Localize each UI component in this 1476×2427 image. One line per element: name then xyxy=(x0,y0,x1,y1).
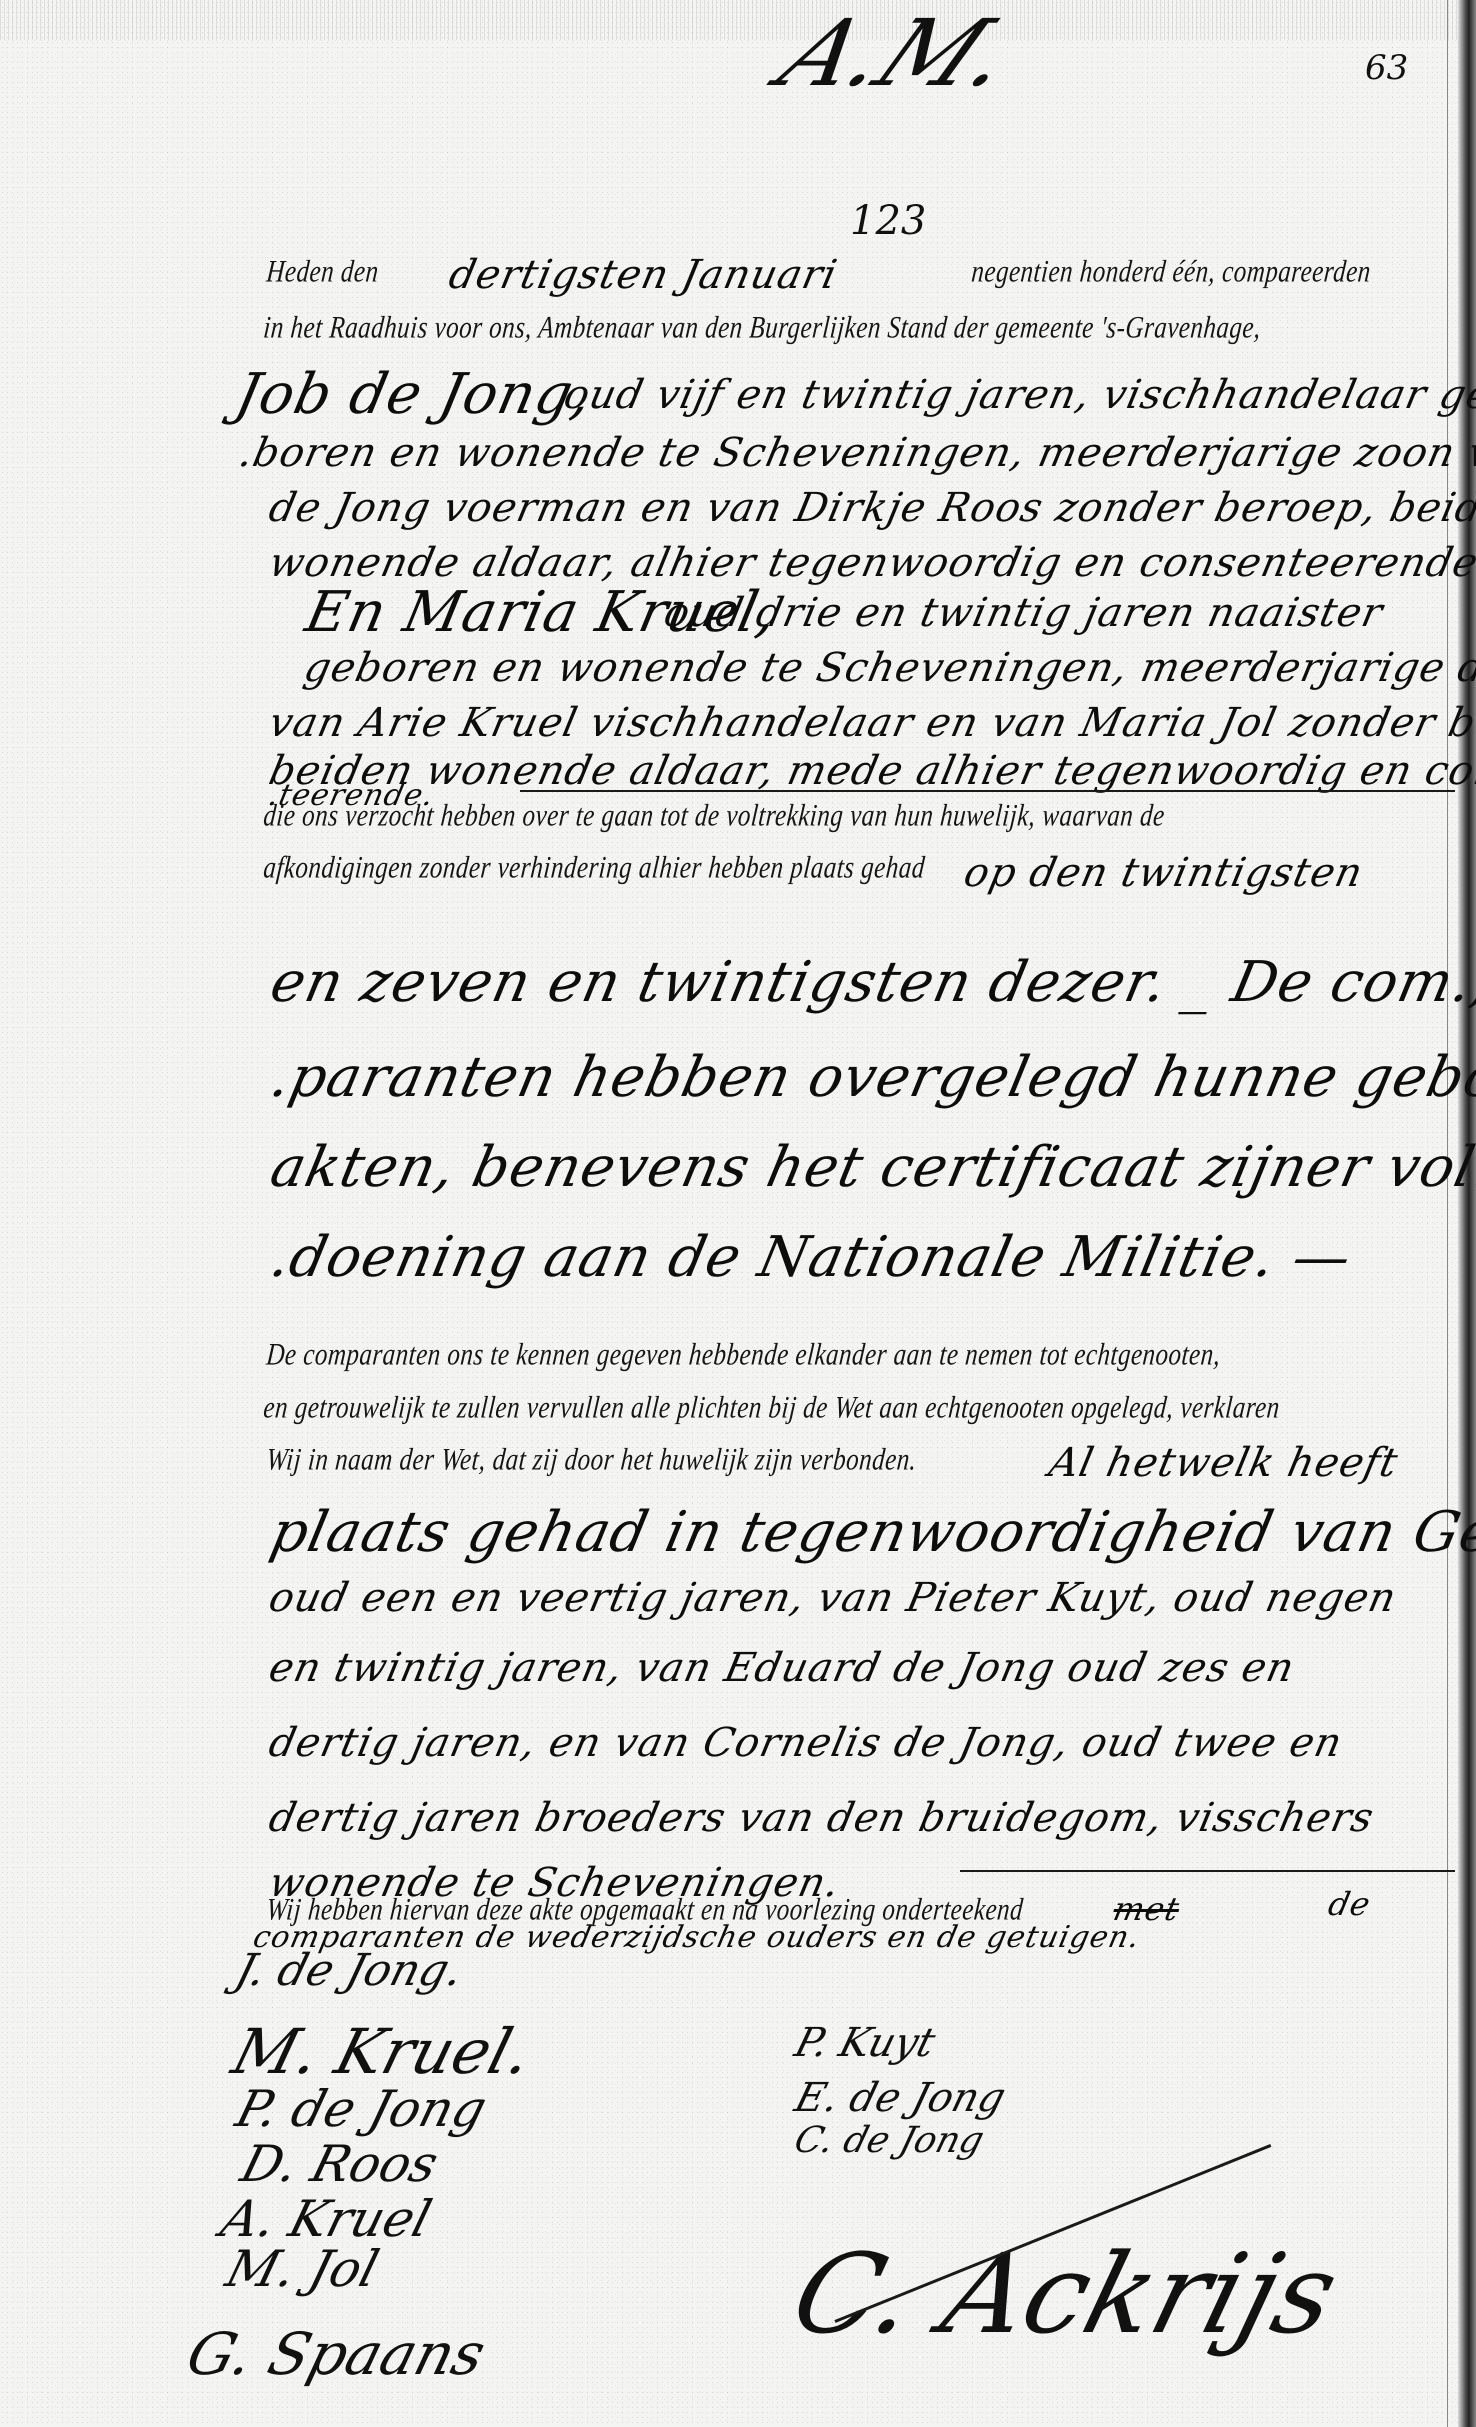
printed-request-line-2: afkondigingen zonder verhindering alhier… xyxy=(262,851,926,886)
signature-groom-father: P. de Jong xyxy=(230,2080,493,2138)
hand-date: dertigsten Januari xyxy=(445,252,842,298)
signature-witness-cornelis: C. de Jong xyxy=(790,2120,988,2161)
printed-year-line: negentien honderd één, compareerden xyxy=(970,255,1372,290)
hand-closing-a: de xyxy=(1325,1885,1374,1923)
witness-line-4: dertig jaren, en van Cornelis de Jong, o… xyxy=(265,1720,1347,1766)
fill-line xyxy=(960,1870,1455,1872)
witness-line-2: oud een en veertig jaren, van Pieter Kuy… xyxy=(265,1575,1401,1621)
page-edge-line xyxy=(1447,0,1448,2427)
groom-line-3: de Jong voerman en van Dirkje Roos zonde… xyxy=(265,485,1476,531)
book-binding-edge xyxy=(1458,0,1476,2427)
signature-witness-eduard: E. de Jong xyxy=(790,2075,1010,2121)
signature-witness-spaans: G. Spaans xyxy=(180,2320,493,2388)
groom-line-2: .boren en wonende te Scheveningen, meerd… xyxy=(235,430,1476,476)
printed-declaration-line-2: en getrouwelijk te zullen vervullen alle… xyxy=(262,1391,1281,1426)
witness-line-3: en twintig jaren, van Eduard de Jong oud… xyxy=(265,1645,1299,1691)
bride-line-3: van Arie Kruel vischhandelaar en van Mar… xyxy=(265,700,1476,746)
hand-request-line-3: akten, benevens het certificaat zijner v… xyxy=(265,1135,1476,1200)
hand-declaration-start: Al hetwelk heeft xyxy=(1045,1440,1402,1486)
signature-groom-mother: D. Roos xyxy=(235,2135,444,2193)
signature-bride-mother: M. Jol xyxy=(220,2240,385,2298)
bride-line-4: beiden wonende aldaar, mede alhier tegen… xyxy=(265,748,1476,794)
witness-line-1: plaats gehad in tegenwoordigheid van Ger… xyxy=(265,1500,1476,1565)
hand-request-line-2: .paranten hebben overgelegd hunne geboor… xyxy=(265,1045,1476,1110)
printed-declaration-line-1: De comparanten ons te kennen gegeven heb… xyxy=(265,1338,1222,1373)
printed-declaration-line-3: Wij in naam der Wet, dat zij door het hu… xyxy=(265,1443,918,1478)
groom-name: Job de Jong, xyxy=(230,362,598,427)
printed-request-line-1: die ons verzocht hebben over te gaan tot… xyxy=(262,799,1166,834)
scan-noise xyxy=(0,0,1476,40)
signature-witness-kuyt: P. Kuyt xyxy=(790,2020,940,2066)
signature-official: C. Ackrijs xyxy=(780,2230,1351,2358)
bride-line-2: geboren en wonende te Scheveningen, meer… xyxy=(300,645,1476,691)
signature-bride: M. Kruel. xyxy=(225,2015,540,2088)
printed-raadhuis-line: in het Raadhuis voor ons, Ambtenaar van … xyxy=(262,311,1262,346)
page-number: 63 xyxy=(1365,48,1408,88)
signature-groom: J. de Jong. xyxy=(230,1945,469,1996)
hand-request-line-1: en zeven en twintigsten dezer. _ De com.… xyxy=(265,950,1476,1015)
fill-line xyxy=(520,790,1455,792)
groom-line-1: oud vijf en twintig jaren, vischhandelaa… xyxy=(560,372,1476,418)
hand-publication-date: op den twintigsten xyxy=(960,850,1367,896)
bride-line-1: oud drie en twintig jaren naaister xyxy=(660,590,1387,636)
record-number: 123 xyxy=(850,198,926,244)
printed-heden-den: Heden den xyxy=(265,255,380,290)
witness-line-5: dertig jaren broeders van den bruidegom,… xyxy=(265,1795,1378,1841)
hand-request-line-4: .doening aan de Nationale Militie. — xyxy=(265,1225,1357,1290)
